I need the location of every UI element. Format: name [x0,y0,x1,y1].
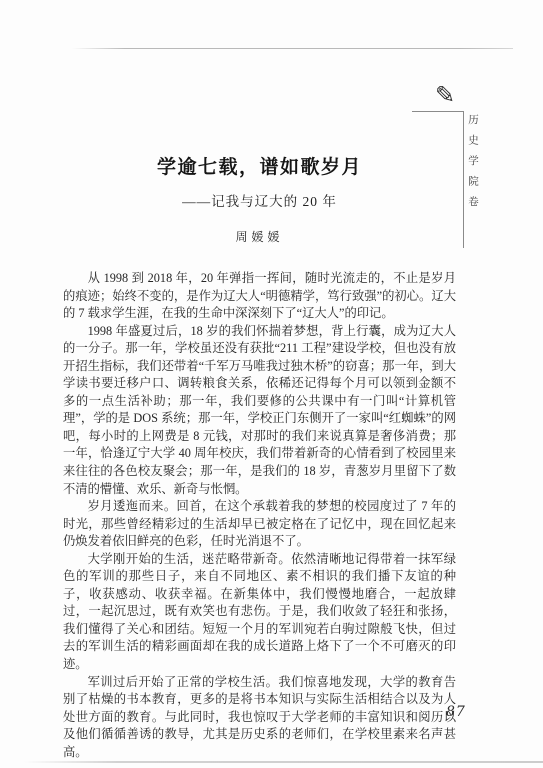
paragraph: 从 1998 到 2018 年，20 年弹指一挥间，随时光流走的，不止是岁月的痕… [63,270,456,323]
article-subtitle: ——记我与辽大的 20 年 [63,190,456,210]
scanned-book-page: { "page": { "side_label": "历史学院卷", "page… [0,0,543,768]
corner-rule-horizontal [412,111,463,112]
paragraph: 1998 年盛夏过后，18 岁的我们怀揣着梦想，背上行囊，成为辽大人的一分子。那… [63,323,456,498]
article-body: 从 1998 到 2018 年，20 年弹指一挥间，随时光流走的，不止是岁月的痕… [63,270,456,761]
article-author: 周媛媛 [63,228,456,245]
pencil-icon: ✎ [435,83,455,107]
page-top-edge-line [72,48,513,49]
corner-rule-vertical [463,111,464,248]
paragraph: 岁月逶迤而来。回首，在这个承载着我的梦想的校园度过了 7 年的时光，那些曾经精彩… [63,498,456,551]
paragraph: 大学刚开始的生活，迷茫略带新奇。依然清晰地记得带着一抹军绿色的军训的那些日子，来… [63,551,456,674]
paragraph: 军训过后开始了正常的学校生活。我们惊喜地发现，大学的教育告别了枯燥的书本教育，更… [63,674,456,762]
volume-side-label: 历史学院卷 [466,114,481,217]
article-title: 学逾七载，谱如歌岁月 [63,152,456,179]
page-number: 87 [446,704,466,720]
